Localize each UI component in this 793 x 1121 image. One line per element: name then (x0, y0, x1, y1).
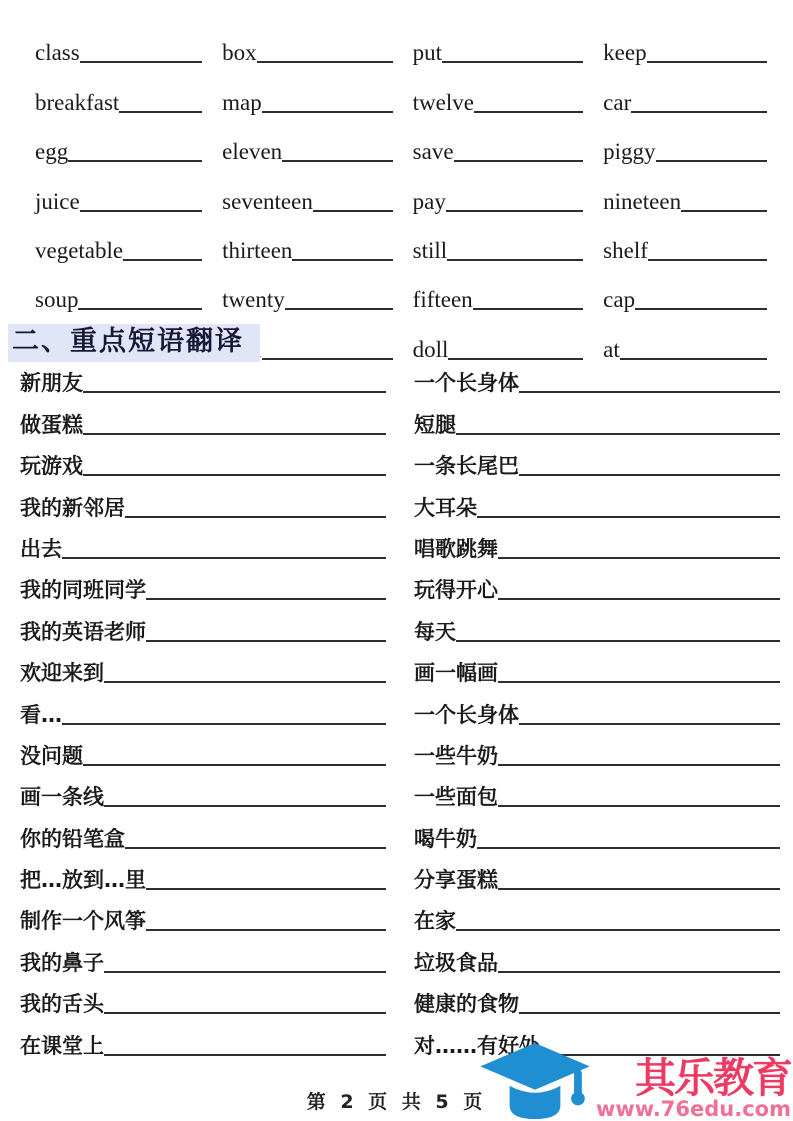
phrase-label: 没问题 (20, 746, 83, 767)
answer-blank (125, 847, 386, 849)
phrase-item: 画一幅画 (414, 651, 780, 692)
answer-blank (498, 557, 780, 559)
vocab-item: breakfast (35, 71, 202, 120)
phrase-item: 一些牛奶 (414, 734, 780, 775)
phrase-item: 短腿 (414, 402, 780, 443)
phrase-item: 我的同班同学 (20, 568, 386, 609)
answer-blank (448, 358, 583, 360)
answer-blank (647, 61, 767, 63)
phrase-label: 制作一个风筝 (20, 911, 146, 932)
phrase-item: 做蛋糕 (20, 402, 386, 443)
vocab-item: seventeen (222, 170, 393, 219)
answer-blank (80, 210, 202, 212)
answer-blank (104, 805, 386, 807)
phrase-label: 一条长尾巴 (414, 456, 519, 477)
phrase-label: 画一幅画 (414, 663, 498, 684)
answer-blank (498, 764, 780, 766)
answer-blank (313, 210, 393, 212)
phrase-item: 在家 (414, 899, 780, 940)
phrase-item: 我的舌头 (20, 982, 386, 1023)
phrase-item: 没问题 (20, 734, 386, 775)
answer-blank (442, 61, 583, 63)
answer-blank (498, 888, 780, 890)
answer-blank (285, 308, 393, 310)
phrase-label: 垃圾食品 (414, 953, 498, 974)
answer-blank (474, 111, 583, 113)
vocab-item: still (413, 220, 584, 269)
brand-watermark: 其乐教育 www.76edu.com (476, 1041, 791, 1121)
vocab-word: map (222, 91, 262, 114)
phrase-label: 大耳朵 (414, 498, 477, 519)
vocab-item: fifteen (413, 269, 584, 318)
phrase-item: 欢迎来到 (20, 651, 386, 692)
answer-blank (62, 557, 386, 559)
phrase-label: 画一条线 (20, 787, 104, 808)
answer-blank (146, 598, 386, 600)
phrase-item: 我的英语老师 (20, 609, 386, 650)
phrase-item: 一些面包 (414, 775, 780, 816)
vocab-word: juice (35, 190, 80, 213)
phrase-item: 你的铅笔盒 (20, 816, 386, 857)
answer-blank (519, 474, 780, 476)
answer-blank (119, 111, 202, 113)
phrase-label: 唱歌跳舞 (414, 539, 498, 560)
vocab-item: twelve (413, 71, 584, 120)
answer-blank (104, 1054, 386, 1056)
vocab-word: cap (603, 288, 635, 311)
phrase-label: 做蛋糕 (20, 415, 83, 436)
vocab-item: keep (603, 22, 767, 71)
vocab-word: box (222, 41, 257, 64)
phrase-item: 喝牛奶 (414, 816, 780, 857)
vocab-item: class (35, 22, 202, 71)
answer-blank (454, 160, 584, 162)
answer-blank (498, 971, 780, 973)
answer-blank (456, 929, 780, 931)
answer-blank (83, 474, 386, 476)
section2-header: 二、重点短语翻译 (8, 324, 260, 362)
phrase-label: 你的铅笔盒 (20, 829, 125, 850)
answer-blank (473, 308, 584, 310)
phrase-grid: 新朋友做蛋糕玩游戏我的新邻居出去我的同班同学我的英语老师欢迎来到看…没问题画一条… (20, 361, 780, 1065)
phrase-item: 分享蛋糕 (414, 858, 780, 899)
phrase-item: 新朋友 (20, 361, 386, 402)
phrase-label: 喝牛奶 (414, 829, 477, 850)
answer-blank (477, 847, 780, 849)
vocab-word: pay (413, 190, 446, 213)
worksheet-page: classboxputkeepbreakfastmaptwelvecaregge… (0, 0, 793, 1121)
answer-blank (104, 1012, 386, 1014)
vocab-word: keep (603, 41, 646, 64)
vocab-word: egg (35, 140, 68, 163)
vocab-word: soup (35, 288, 78, 311)
answer-blank (519, 391, 780, 393)
vocab-item: shelf (603, 220, 767, 269)
vocab-word: class (35, 41, 80, 64)
answer-blank (262, 358, 393, 360)
answer-blank (282, 160, 392, 162)
vocab-word: still (413, 239, 448, 262)
answer-blank (648, 259, 767, 261)
answer-blank (681, 210, 767, 212)
phrase-label: 在课堂上 (20, 1036, 104, 1057)
vocab-item: eleven (222, 121, 393, 170)
vocab-grid: classboxputkeepbreakfastmaptwelvecaregge… (35, 22, 767, 368)
answer-blank (519, 723, 780, 725)
vocab-item: egg (35, 121, 202, 170)
answer-blank (447, 259, 583, 261)
vocab-item: soup (35, 269, 202, 318)
vocab-item: piggy (603, 121, 767, 170)
vocab-item: cap (603, 269, 767, 318)
vocab-word: vegetable (35, 239, 123, 262)
answer-blank (498, 598, 780, 600)
phrase-label: 短腿 (414, 415, 456, 436)
phrase-label: 我的舌头 (20, 994, 104, 1015)
answer-blank (83, 391, 386, 393)
vocab-item: twenty (222, 269, 393, 318)
answer-blank (456, 433, 780, 435)
answer-blank (125, 516, 386, 518)
phrase-label: 把…放到…里 (20, 870, 146, 891)
answer-blank (631, 111, 767, 113)
answer-blank (146, 929, 386, 931)
phrase-label: 我的鼻子 (20, 953, 104, 974)
answer-blank (83, 433, 386, 435)
answer-blank (68, 160, 202, 162)
vocab-item: pay (413, 170, 584, 219)
answer-blank (123, 259, 202, 261)
vocab-word: fifteen (413, 288, 473, 311)
phrase-label: 一个长身体 (414, 373, 519, 394)
vocab-item: thirteen (222, 220, 393, 269)
vocab-item: map (222, 71, 393, 120)
phrase-item: 一条长尾巴 (414, 444, 780, 485)
phrase-label: 分享蛋糕 (414, 870, 498, 891)
phrase-label: 一些牛奶 (414, 746, 498, 767)
answer-blank (292, 259, 392, 261)
graduation-cap-icon (476, 1041, 594, 1121)
vocab-item: save (413, 121, 584, 170)
answer-blank (262, 111, 393, 113)
vocab-item: put (413, 22, 584, 71)
answer-blank (498, 681, 780, 683)
vocab-word: twelve (413, 91, 474, 114)
brand-name: 其乐教育 (635, 1059, 791, 1098)
brand-url: www.76edu.com (596, 1098, 791, 1121)
phrase-item: 在课堂上 (20, 1023, 386, 1064)
phrase-item: 玩得开心 (414, 568, 780, 609)
phrase-item: 我的新邻居 (20, 485, 386, 526)
phrase-item: 一个长身体 (414, 361, 780, 402)
answer-blank (104, 971, 386, 973)
phrase-label: 健康的食物 (414, 994, 519, 1015)
vocab-word: seventeen (222, 190, 313, 213)
phrase-item: 制作一个风筝 (20, 899, 386, 940)
answer-blank (146, 640, 386, 642)
answer-blank (446, 210, 583, 212)
vocab-word: eleven (222, 140, 282, 163)
phrase-item: 画一条线 (20, 775, 386, 816)
answer-blank (656, 160, 767, 162)
answer-blank (62, 723, 386, 725)
answer-blank (477, 516, 780, 518)
phrase-label: 我的英语老师 (20, 622, 146, 643)
vocab-item: vegetable (35, 220, 202, 269)
answer-blank (635, 308, 767, 310)
vocab-word: breakfast (35, 91, 119, 114)
phrase-item: 玩游戏 (20, 444, 386, 485)
vocab-item: juice (35, 170, 202, 219)
vocab-word: piggy (603, 140, 655, 163)
answer-blank (519, 1012, 780, 1014)
answer-blank (498, 805, 780, 807)
phrase-item: 看… (20, 692, 386, 733)
phrase-label: 在家 (414, 911, 456, 932)
vocab-item: nineteen (603, 170, 767, 219)
answer-blank (257, 61, 393, 63)
phrase-label: 玩游戏 (20, 456, 83, 477)
phrase-item: 大耳朵 (414, 485, 780, 526)
vocab-word: nineteen (603, 190, 681, 213)
phrase-item: 一个长身体 (414, 692, 780, 733)
vocab-word: save (413, 140, 454, 163)
phrase-label: 新朋友 (20, 373, 83, 394)
phrase-label: 玩得开心 (414, 580, 498, 601)
phrase-label: 我的新邻居 (20, 498, 125, 519)
phrase-label: 我的同班同学 (20, 580, 146, 601)
answer-blank (78, 308, 202, 310)
vocab-word: thirteen (222, 239, 292, 262)
vocab-word: put (413, 41, 442, 64)
phrase-item: 我的鼻子 (20, 940, 386, 981)
phrase-item: 垃圾食品 (414, 940, 780, 981)
phrase-label: 一个长身体 (414, 705, 519, 726)
phrase-label: 每天 (414, 622, 456, 643)
answer-blank (146, 888, 386, 890)
answer-blank (83, 764, 386, 766)
vocab-item: car (603, 71, 767, 120)
phrase-item: 把…放到…里 (20, 858, 386, 899)
phrase-item: 出去 (20, 527, 386, 568)
vocab-word: shelf (603, 239, 648, 262)
vocab-word: doll (413, 338, 449, 361)
vocab-item: box (222, 22, 393, 71)
phrase-item: 唱歌跳舞 (414, 527, 780, 568)
phrase-label: 看… (20, 705, 62, 726)
phrase-label: 出去 (20, 539, 62, 560)
answer-blank (80, 61, 202, 63)
vocab-word: car (603, 91, 631, 114)
answer-blank (104, 681, 386, 683)
vocab-word: twenty (222, 288, 285, 311)
phrase-label: 一些面包 (414, 787, 498, 808)
brand-text: 其乐教育 www.76edu.com (596, 1059, 791, 1121)
phrase-item: 每天 (414, 609, 780, 650)
vocab-word: at (603, 338, 620, 361)
answer-blank (456, 640, 780, 642)
phrase-item: 健康的食物 (414, 982, 780, 1023)
answer-blank (620, 358, 767, 360)
phrase-label: 欢迎来到 (20, 663, 104, 684)
